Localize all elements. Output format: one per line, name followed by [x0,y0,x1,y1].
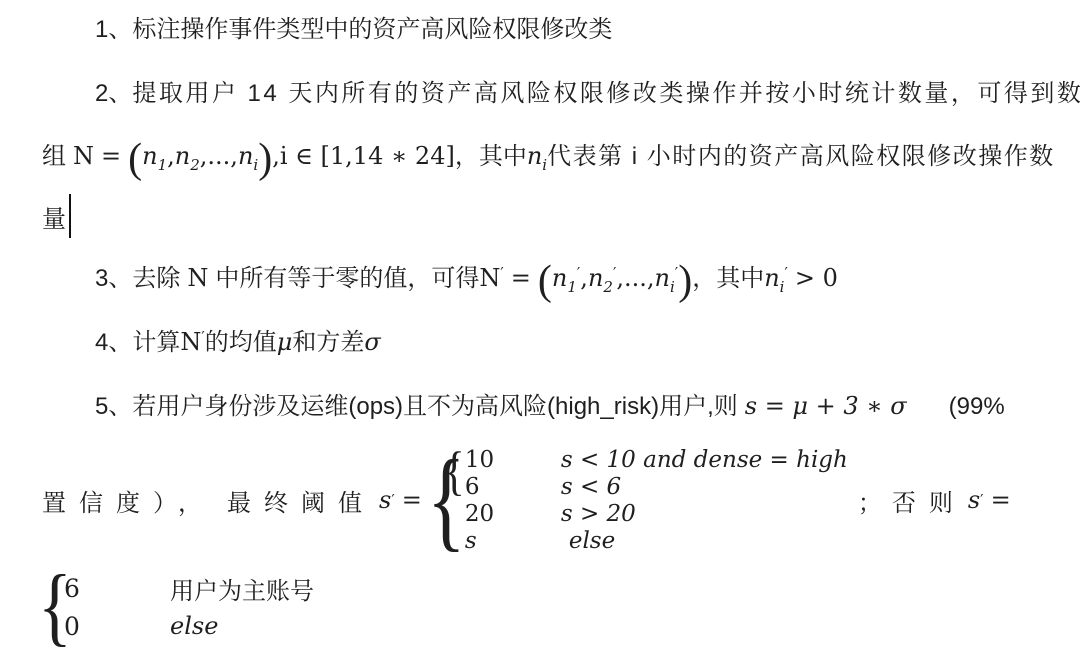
list-item-4: 4、计算N′的均值μ和方差σ [95,322,381,363]
comma: , [167,142,175,170]
case-condition: 用户为主账号 [170,571,314,606]
var-ni: n [238,142,253,170]
item-2-text: 提取用户 14 天内所有的资产高风险权限修改类操作并按小时统计数量，可得到数 [132,80,1080,107]
case-value: 6 [64,574,170,603]
item-2-tail-text: 代表第 i 小时内的资产高风险权限修改操作数 [547,143,1055,170]
semicolon: ； [858,483,882,518]
item-3-number: 3、 [95,265,132,292]
case-value: s [465,528,561,554]
var-n1: n [552,264,567,292]
case-row: 20s > 20 [465,500,848,527]
case-row: 10s < 10 and dense = high [465,446,848,473]
list-item-3: 3、去除N中所有等于零的值，可得N′=(n1′,n2′,...,ni′)，其中n… [95,256,838,301]
case-row: 6s < 6 [465,473,848,500]
item-4-number: 4、 [95,329,132,356]
cn-c: ，其中 [692,265,764,292]
ellipsis-comma: ,..., [616,264,654,292]
equals-sign: = [402,486,422,514]
var-N-prime: N [479,264,500,292]
equals-sign: = [511,264,531,292]
cn-a: 计算 [132,329,180,356]
list-item-2-line-1: 2、提取用户 14 天内所有的资产高风险权限修改类操作并按小时统计数量，可得到数 [95,72,1080,116]
case-condition: s < 6 [561,474,621,500]
nested-left-brace: { [444,444,465,498]
case-row: 0else [64,607,314,645]
case-condition: else [170,612,218,640]
case-value: 20 [465,501,561,527]
cn-d: 否则 [892,483,966,518]
sub-1: 1 [567,278,577,296]
var-mu: μ [277,328,293,356]
var-n2: n [175,142,190,170]
list-item-5-line-1: 5、若用户身份涉及运维(ops)且不为高风险(high_risk)用户,则s =… [95,386,1005,427]
var-N-prime: N [180,328,201,356]
case-condition: else [561,528,615,554]
var-n2: n [588,264,603,292]
list-item-1: 1、标注操作事件类型中的资产高风险权限修改类 [95,8,612,52]
fallback-cases-block: { 6用户为主账号 0else [42,569,314,645]
threshold-formula: s = μ + 3 ∗ σ [745,392,907,420]
fallback-cases-line: { 6用户为主账号 0else [42,562,314,652]
greater-than-zero: > 0 [795,264,838,292]
case-value: 6 [465,474,561,500]
case-row: selse [465,527,848,554]
var-N: N [187,264,208,292]
case-row: 6用户为主账号 [64,569,314,607]
cn-mid: 其中 [479,143,527,170]
var-s-prime: s [379,486,391,514]
domain-expression: ,i ∈ [1,14 ∗ 24]， [272,142,479,170]
sub-2: 2 [190,156,200,174]
confidence-open: (99% [949,393,1005,420]
document-page[interactable]: 1、标注操作事件类型中的资产高风险权限修改类 2、提取用户 14 天内所有的资产… [0,0,1080,660]
overflow-char: 量 [42,199,66,234]
case-condition: s < 10 and dense = high [561,447,848,473]
cn-c: 最终阈值 [227,483,375,518]
cn-a: 若用户身份涉及运维(ops)且不为高风险(high_risk)用户,则 [132,393,737,420]
var-ni: n [655,264,670,292]
var-ni-2: n [527,142,542,170]
sub-2: 2 [603,278,613,296]
case-condition: s > 20 [561,501,636,527]
comma: , [580,264,588,292]
item-2-number: 2、 [95,80,132,107]
item-1-text: 标注操作事件类型中的资产高风险权限修改类 [132,16,612,43]
equals-sign: = [101,142,121,170]
cn-b: 中所有等于零的值，可得 [215,265,479,292]
prime-mark: ′ [784,264,787,282]
equals-sign: = [991,486,1011,514]
left-brace: { [38,563,72,651]
cn-b: 的均值 [205,329,277,356]
threshold-cases-block: { { 10s < 10 and dense = high 6s < 6 20s… [429,446,848,554]
cn-a: 去除 [132,265,180,292]
var-sigma: σ [364,328,380,356]
list-item-5-line-2: 置信度）， 最终阈值 s ′ = { { 10s < 10 and dense … [42,443,1018,557]
sub-1: 1 [158,156,168,174]
var-n1: n [142,142,157,170]
cn-zu: 组 [42,143,66,170]
case-value: 0 [64,612,170,641]
var-N: N [73,142,94,170]
list-item-2-line-2: 组N=(n1,n2,...,ni),i ∈ [1,14 ∗ 24]，其中ni代表… [42,134,1055,179]
var-s-prime-2: s [968,486,980,514]
item-5-number: 5、 [95,393,132,420]
cn-b: 置信度）， [42,483,215,518]
var-ni-2: n [764,264,779,292]
item-1-number: 1、 [95,16,132,43]
case-value: 10 [465,447,561,473]
prime-mark: ′ [500,264,503,282]
text-cursor [69,194,71,238]
ellipsis-comma: ,..., [200,142,238,170]
list-item-2-line-3: 量 [42,194,71,238]
cn-c: 和方差 [292,329,364,356]
